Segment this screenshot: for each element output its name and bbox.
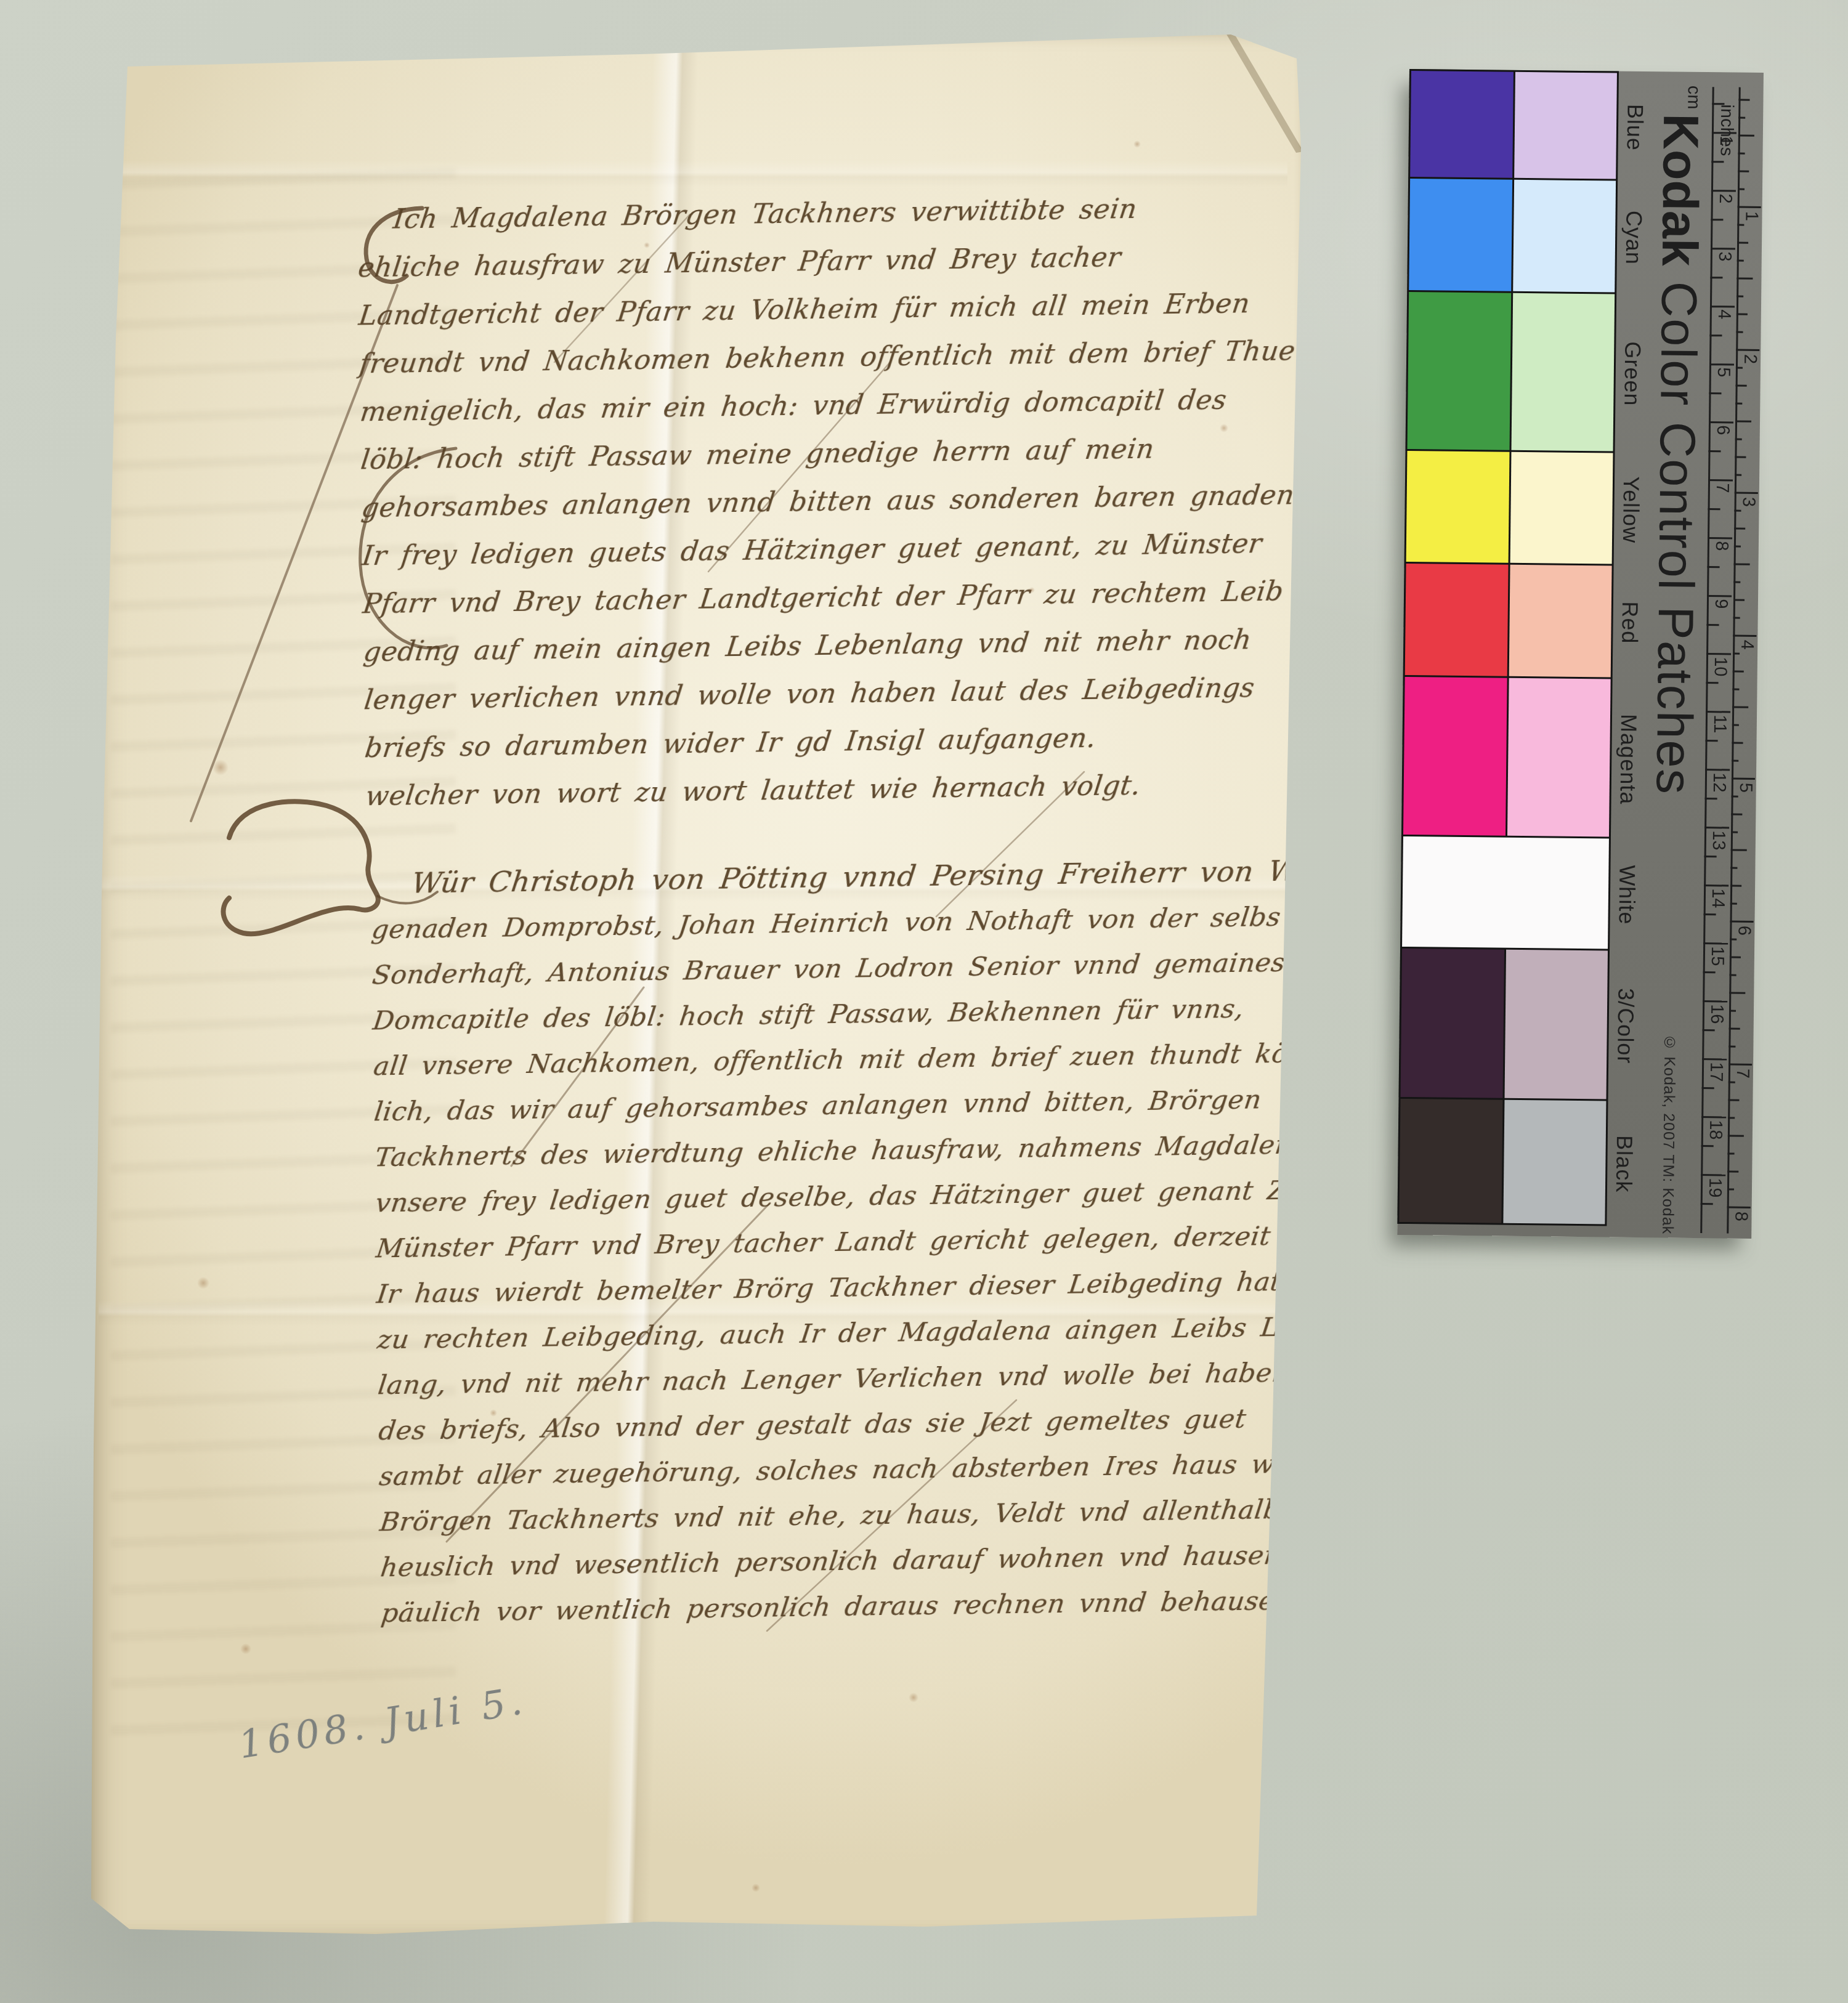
- cm-half-tick: [1703, 1029, 1715, 1031]
- inch-sixteenth-tick: [1728, 1117, 1735, 1119]
- cm-half-tick: [1709, 334, 1722, 336]
- inch-sixteenth-tick: [1738, 153, 1745, 155]
- cm-unit-label: cm: [1683, 86, 1703, 110]
- foxing-spot: [644, 242, 650, 248]
- cm-number-12: 12: [1709, 772, 1729, 793]
- inch-number-6: 6: [1733, 926, 1754, 936]
- patch-red-solid: [1405, 564, 1508, 676]
- cm-number-15: 15: [1707, 946, 1727, 966]
- foxing-spot: [909, 1693, 918, 1702]
- cm-tick-12: [1705, 769, 1730, 771]
- photo-stage: Ich Magdalena Brörgen Tackhners verwitti…: [0, 0, 1848, 2003]
- inch-sixteenth-tick: [1735, 510, 1741, 512]
- inch-number-2: 2: [1740, 354, 1760, 364]
- cm-tick-13: [1704, 827, 1729, 828]
- cm-half-tick: [1705, 798, 1717, 799]
- cm-half-tick: [1708, 566, 1720, 568]
- foxing-spot: [240, 1643, 251, 1654]
- inch-number-5: 5: [1735, 783, 1756, 793]
- inch-tick-4: [1733, 635, 1756, 637]
- inch-quarter-tick: [1729, 992, 1745, 994]
- cm-number-8: 8: [1711, 541, 1732, 551]
- inch-quarter-tick: [1728, 1135, 1744, 1137]
- kodak-color-control-strip: Kodak Color Control Patches © Kodak, 200…: [1397, 69, 1764, 1239]
- patch-label-cyan: Cyan: [1621, 211, 1647, 265]
- manuscript-paper: Ich Magdalena Brörgen Tackhners verwitti…: [86, 30, 1306, 1942]
- patch-black-tint: [1503, 1100, 1607, 1224]
- inch-quarter-tick: [1737, 278, 1753, 280]
- inch-sixteenth-tick: [1732, 724, 1739, 726]
- cm-number-2: 2: [1715, 193, 1735, 203]
- inch-sixteenth-tick: [1732, 796, 1738, 798]
- cm-tick-9: [1707, 595, 1732, 597]
- patch-3/color-tint: [1504, 950, 1608, 1099]
- inch-sixteenth-tick: [1737, 296, 1743, 297]
- cm-tick-3: [1711, 248, 1735, 249]
- patch-blue-solid: [1410, 71, 1513, 178]
- patch-label-yellow: Yellow: [1618, 476, 1644, 543]
- cm-half-tick: [1706, 682, 1719, 684]
- inch-eighth-tick: [1728, 1099, 1739, 1101]
- cm-number-17: 17: [1706, 1062, 1726, 1082]
- manuscript-paragraph-1: Ich Magdalena Brörgen Tackhners verwitti…: [357, 181, 1415, 820]
- cm-half-tick: [1712, 103, 1724, 105]
- inch-quarter-tick: [1734, 564, 1750, 565]
- cm-half-tick: [1707, 624, 1719, 626]
- patch-black-solid: [1399, 1099, 1502, 1223]
- cm-tick-16: [1703, 1000, 1727, 1002]
- inch-eighth-tick: [1727, 1171, 1738, 1173]
- inch-tick-3: [1735, 492, 1758, 494]
- foxing-spot: [1029, 587, 1035, 593]
- patch-row-magenta: [1403, 677, 1611, 836]
- cm-number-16: 16: [1706, 1004, 1727, 1024]
- inch-tick-5: [1732, 778, 1755, 780]
- inch-sixteenth-tick: [1737, 224, 1744, 226]
- cm-tick-11: [1706, 711, 1730, 713]
- cm-half-tick: [1701, 1203, 1713, 1205]
- patch-row-green: [1408, 292, 1615, 451]
- cm-tick-4: [1710, 306, 1735, 307]
- patch-label-green: Green: [1619, 341, 1645, 406]
- inch-eighth-tick: [1737, 314, 1748, 315]
- cm-half-tick: [1706, 740, 1718, 742]
- inch-tick-6: [1730, 921, 1754, 923]
- inch-sixteenth-tick: [1735, 403, 1742, 405]
- inch-sixteenth-tick: [1737, 331, 1743, 333]
- kodak-copyright: © Kodak, 2007 TM: Kodak: [1658, 1034, 1678, 1234]
- inch-sixteenth-tick: [1733, 617, 1740, 619]
- inch-tick-2: [1736, 349, 1759, 351]
- inch-eighth-tick: [1735, 456, 1746, 458]
- inch-sixteenth-tick: [1728, 1082, 1735, 1083]
- inch-sixteenth-tick: [1737, 260, 1744, 262]
- inch-sixteenth-tick: [1732, 760, 1738, 762]
- cm-half-tick: [1709, 392, 1721, 394]
- cm-number-6: 6: [1712, 425, 1733, 435]
- inch-sixteenth-tick: [1735, 439, 1742, 440]
- cm-tick-6: [1709, 421, 1733, 423]
- cm-half-tick: [1704, 856, 1717, 857]
- foxing-spot: [1220, 424, 1228, 432]
- foxing-spot: [197, 1277, 209, 1289]
- patch-yellow-tint: [1510, 452, 1613, 564]
- patch-row-yellow: [1406, 451, 1613, 564]
- inch-eighth-tick: [1731, 814, 1742, 815]
- patch-magenta-tint: [1507, 678, 1610, 837]
- patch-blue-tint: [1514, 72, 1617, 179]
- inch-eighth-tick: [1729, 1028, 1740, 1030]
- patch-label-red: Red: [1616, 601, 1643, 644]
- patch-yellow-solid: [1406, 451, 1509, 563]
- kodak-title-rest: Color Control Patches: [1646, 266, 1707, 796]
- inch-quarter-tick: [1735, 421, 1751, 423]
- cm-tick-18: [1701, 1116, 1726, 1118]
- cm-half-tick: [1702, 1087, 1714, 1089]
- inch-number-4: 4: [1737, 640, 1757, 650]
- cm-number-18: 18: [1705, 1120, 1725, 1140]
- patch-white-solid: [1402, 836, 1609, 949]
- inch-eighth-tick: [1734, 528, 1745, 530]
- patch-label-magenta: Magenta: [1615, 714, 1642, 805]
- inch-tick-7: [1728, 1064, 1752, 1066]
- patch-row-black: [1399, 1099, 1606, 1224]
- cm-half-tick: [1709, 450, 1721, 452]
- cm-tick-15: [1703, 942, 1728, 944]
- cm-number-4: 4: [1714, 309, 1734, 319]
- color-patch-grid: [1397, 69, 1619, 1226]
- cm-half-tick: [1711, 219, 1723, 221]
- inch-sixteenth-tick: [1731, 832, 1738, 833]
- inch-eighth-tick: [1736, 385, 1747, 387]
- patch-label-blue: Blue: [1622, 103, 1648, 150]
- patch-row-3/color: [1401, 949, 1608, 1099]
- inch-sixteenth-tick: [1728, 1153, 1735, 1155]
- cm-half-tick: [1701, 1145, 1714, 1147]
- cm-number-3: 3: [1714, 251, 1735, 261]
- inch-sixteenth-tick: [1728, 1046, 1735, 1048]
- kodak-title: Kodak Color Control Patches: [1645, 113, 1709, 795]
- inch-unit-label: inches: [1716, 104, 1737, 156]
- folded-corner: [1220, 31, 1306, 154]
- patch-cyan-tint: [1513, 180, 1616, 293]
- inch-sixteenth-tick: [1733, 581, 1740, 583]
- patch-label-white: White: [1613, 865, 1640, 925]
- cm-half-tick: [1703, 971, 1716, 973]
- cm-tick-1: [1712, 132, 1737, 134]
- inch-number-7: 7: [1732, 1069, 1753, 1078]
- inch-number-3: 3: [1738, 497, 1759, 507]
- inch-eighth-tick: [1730, 957, 1741, 958]
- foxing-spot: [752, 1884, 760, 1892]
- inch-sixteenth-tick: [1732, 689, 1739, 690]
- inch-sixteenth-tick: [1727, 1189, 1734, 1191]
- inch-sixteenth-tick: [1730, 903, 1737, 905]
- cm-number-9: 9: [1711, 599, 1731, 609]
- patch-red-tint: [1509, 565, 1611, 678]
- inch-sixteenth-tick: [1730, 867, 1737, 869]
- inch-sixteenth-tick: [1734, 546, 1741, 548]
- foxing-spot: [213, 759, 229, 775]
- inch-sixteenth-tick: [1738, 117, 1745, 119]
- cm-tick-19: [1701, 1174, 1725, 1176]
- inch-sixteenth-tick: [1730, 974, 1737, 976]
- cm-number-19: 19: [1704, 1178, 1725, 1198]
- patch-row-blue: [1410, 71, 1617, 179]
- inch-eighth-tick: [1733, 671, 1744, 673]
- inch-eighth-tick: [1738, 99, 1749, 101]
- cm-number-13: 13: [1708, 830, 1728, 851]
- cm-tick-5: [1709, 363, 1734, 365]
- patch-label-black: Black: [1611, 1135, 1637, 1192]
- patch-row-red: [1405, 564, 1612, 677]
- cm-tick-10: [1706, 653, 1731, 655]
- patch-row-cyan: [1409, 179, 1616, 292]
- inch-sixteenth-tick: [1729, 1010, 1736, 1012]
- inch-sixteenth-tick: [1733, 653, 1740, 655]
- inch-tick-1: [1738, 206, 1761, 208]
- cm-half-tick: [1708, 508, 1720, 510]
- patch-3/color-solid: [1401, 949, 1504, 1098]
- horizontal-crease: [99, 160, 1287, 187]
- inch-quarter-tick: [1731, 849, 1747, 851]
- cm-number-5: 5: [1713, 367, 1733, 377]
- foxing-spot: [490, 1409, 497, 1417]
- inch-number-8: 8: [1730, 1212, 1751, 1221]
- cm-tick-17: [1702, 1058, 1727, 1060]
- cm-number-11: 11: [1709, 714, 1730, 733]
- cm-number-14: 14: [1708, 888, 1728, 908]
- inch-sixteenth-tick: [1735, 474, 1741, 476]
- manuscript-paragraph-2: Wür Christoph von Pötting vnnd Persing F…: [371, 846, 1425, 1636]
- inch-tick-8: [1727, 1207, 1751, 1208]
- inch-eighth-tick: [1738, 171, 1749, 172]
- foxing-spot: [1133, 140, 1141, 148]
- inch-eighth-tick: [1730, 885, 1741, 887]
- cm-tick-14: [1704, 884, 1728, 886]
- cm-tick-7: [1708, 479, 1733, 481]
- cm-half-tick: [1710, 277, 1722, 278]
- patch-row-white: [1402, 836, 1609, 949]
- inch-eighth-tick: [1732, 742, 1743, 744]
- patch-cyan-solid: [1409, 179, 1512, 291]
- inch-sixteenth-tick: [1738, 188, 1745, 190]
- inch-eighth-tick: [1733, 599, 1745, 601]
- inch-quarter-tick: [1732, 706, 1748, 708]
- inch-eighth-tick: [1737, 242, 1748, 244]
- cm-half-tick: [1704, 913, 1716, 915]
- cm-half-tick: [1711, 161, 1724, 163]
- patch-label-3/color: 3/Color: [1612, 988, 1639, 1064]
- cm-number-1: 1: [1716, 136, 1736, 145]
- patch-magenta-solid: [1403, 677, 1507, 836]
- inch-sixteenth-tick: [1730, 939, 1737, 941]
- kodak-brand: Kodak: [1651, 113, 1709, 266]
- cm-number-10: 10: [1710, 657, 1730, 677]
- cm-number-7: 7: [1712, 483, 1732, 493]
- cm-tick-8: [1708, 537, 1732, 539]
- cm-tick-2: [1711, 190, 1736, 192]
- inch-number-1: 1: [1741, 211, 1761, 221]
- inch-sixteenth-tick: [1736, 367, 1743, 369]
- inch-quarter-tick: [1738, 135, 1754, 137]
- patch-green-solid: [1408, 292, 1511, 450]
- patch-green-tint: [1511, 293, 1615, 451]
